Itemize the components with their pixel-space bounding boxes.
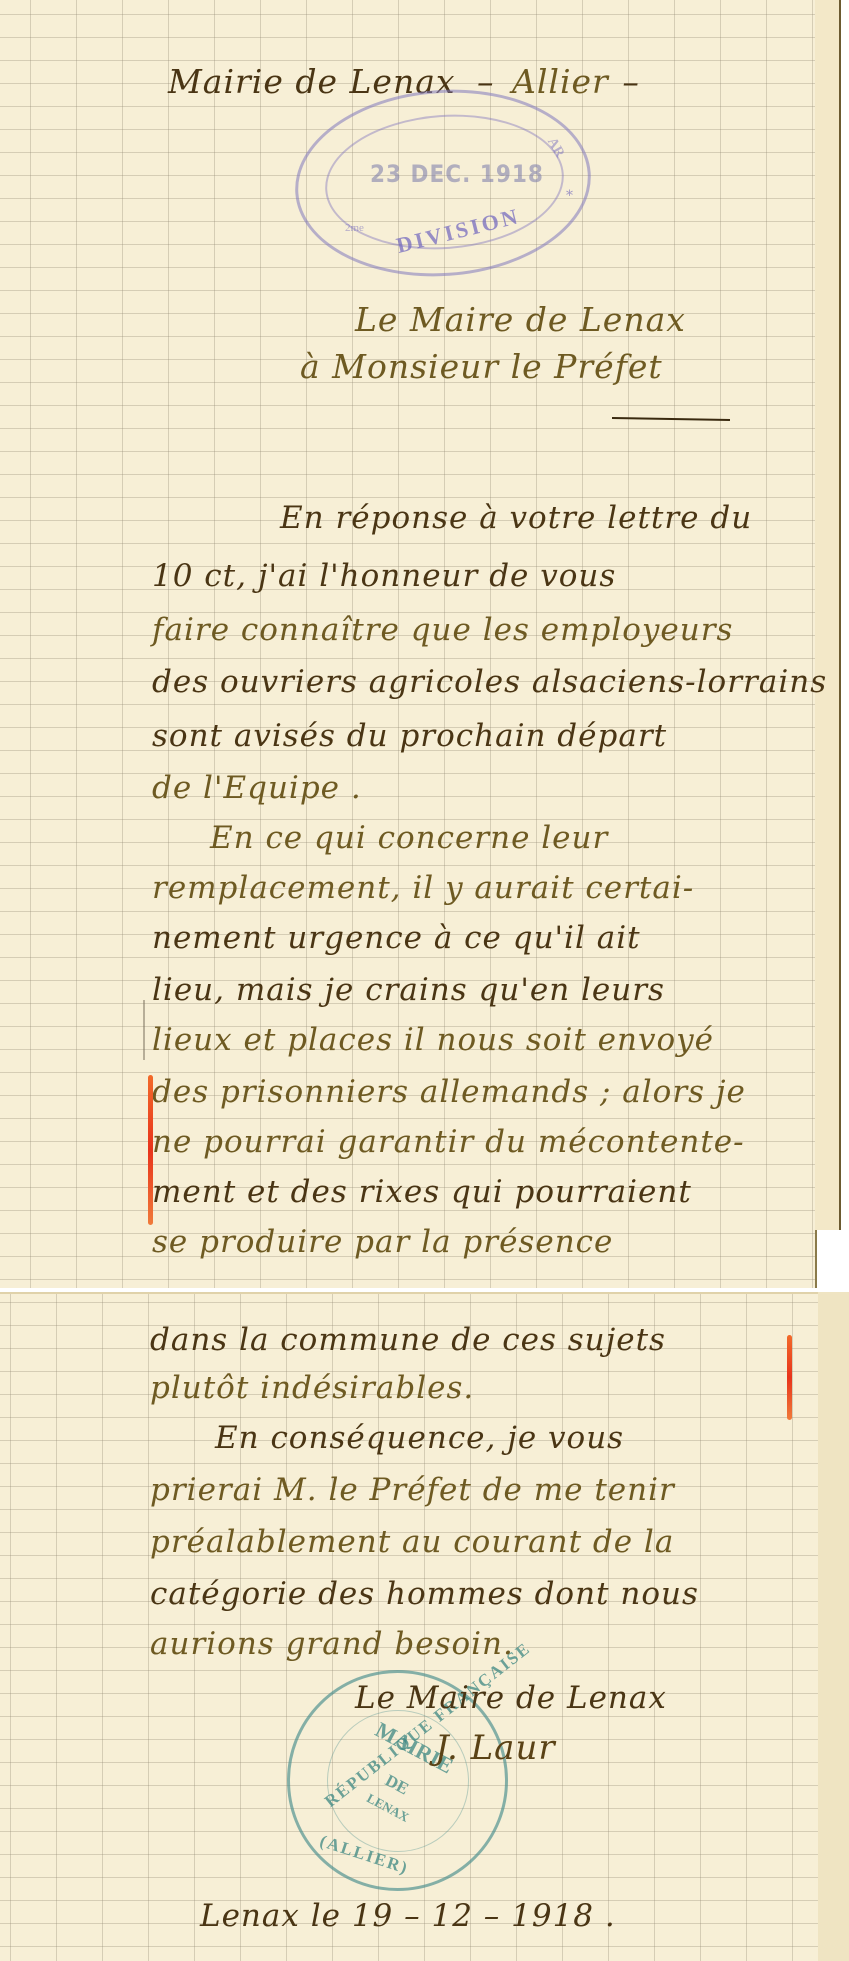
- signature-title: Le Maire de Lenax: [355, 1680, 667, 1716]
- signature: J. Laur: [435, 1728, 556, 1768]
- body-line-11: lieux et places il nous soit envoyé: [152, 1022, 714, 1058]
- pencil-margin-mark: [143, 1000, 145, 1060]
- body-continued-line-2: plutôt indésirables.: [150, 1370, 474, 1406]
- letterhead-department: Allier: [512, 62, 609, 101]
- body-line-9: nement urgence à ce qu'il ait: [152, 920, 641, 956]
- red-pencil-margin-mark: [148, 1075, 153, 1225]
- body-line-15: se produire par la présence: [152, 1224, 613, 1260]
- body-line-3: faire connaître que les employeurs: [152, 612, 733, 648]
- address-from: Le Maire de Lenax: [355, 300, 686, 339]
- body-continued-line-1: dans la commune de ces sujets: [150, 1322, 666, 1358]
- letterhead-trailing-dash: –: [622, 62, 640, 101]
- body-line-4: des ouvriers agricoles alsaciens-lorrain…: [152, 664, 827, 700]
- body-line-7: En ce qui concerne leur: [210, 820, 608, 856]
- body-line-14: ment et des rixes qui pourraient: [152, 1174, 692, 1210]
- body-continued-line-6: catégorie des hommes dont nous: [150, 1576, 699, 1612]
- body-continued-line-4: prierai M. le Préfet de me tenir: [150, 1472, 675, 1508]
- body-line-1: En réponse à votre lettre du: [280, 500, 752, 536]
- red-pencil-margin-mark-2: [787, 1335, 792, 1420]
- sheet-1-folded-edge: [815, 0, 841, 1230]
- stamp-star-icon: *: [566, 188, 573, 204]
- body-continued-line-3: En conséquence, je vous: [215, 1420, 624, 1456]
- body-line-5: sont avisés du prochain départ: [152, 718, 667, 754]
- body-line-13: ne pourrai garantir du mécontente-: [152, 1124, 745, 1160]
- body-line-10: lieu, mais je crains qu'en leurs: [152, 972, 665, 1008]
- body-line-8: remplacement, il y aurait certai-: [152, 870, 694, 906]
- body-continued-line-5: préalablement au courant de la: [150, 1524, 674, 1560]
- address-to: à Monsieur le Préfet: [300, 347, 663, 386]
- body-line-6: de l'Equipe .: [152, 770, 362, 806]
- place-and-date: Lenax le 19 – 12 – 1918 .: [200, 1898, 616, 1934]
- body-line-12: des prisonniers allemands ; alors je: [152, 1074, 746, 1110]
- received-stamp-ordinal: 2me: [345, 222, 364, 234]
- body-continued-line-7: aurions grand besoin.: [150, 1626, 514, 1662]
- received-stamp-date: 23 DEC. 1918: [370, 160, 544, 188]
- body-line-2: 10 ct, j'ai l'honneur de vous: [152, 558, 616, 594]
- sheet-2-edge: [818, 1292, 849, 1961]
